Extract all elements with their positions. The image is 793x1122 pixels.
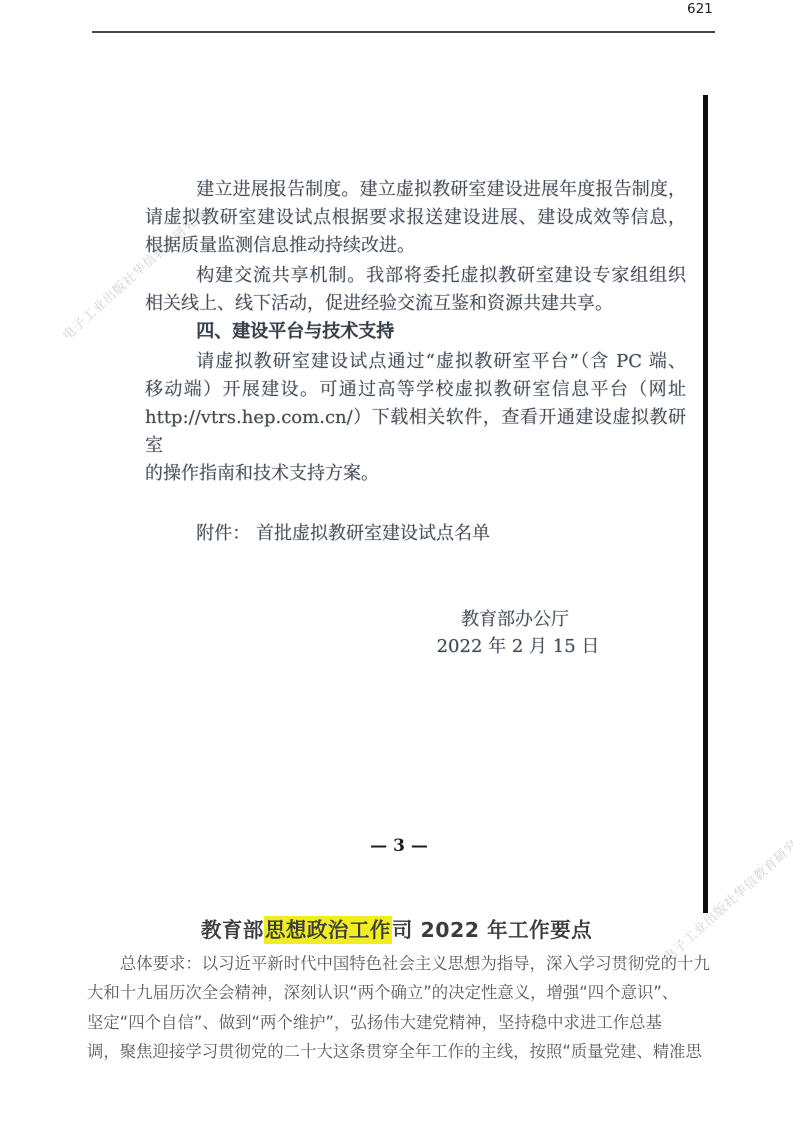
- article-body-line: 调，聚焦迎接学习贯彻党的二十大这条贯穿全年工作的主线，按照“质量党建、精准思: [87, 1037, 769, 1066]
- scan-right-edge-bar: [703, 95, 708, 913]
- scan-paragraph-line: 请虚拟教研室建设试点通过“虚拟教研室平台”（含 PC 端、: [145, 348, 686, 376]
- header-rule: [92, 31, 715, 33]
- signature-date: 2022 年 2 月 15 日: [437, 633, 600, 661]
- article-body-line: 大和十九届历次全会精神，深刻认识“两个确立”的决定性意义，增强“四个意识”、: [87, 978, 769, 1007]
- article-title-highlight: 思想政治工作: [264, 916, 392, 944]
- article-title-suffix: 司 2022 年工作要点: [392, 918, 592, 942]
- scanned-document-text: 建立进展报告制度。建立虚拟教研室建设进展年度报告制度， 请虚拟教研室建设试点根据…: [145, 176, 686, 548]
- article-body-line: 总体要求：以习近平新时代中国特色社会主义思想为指导，深入学习贯彻党的十九: [87, 949, 769, 978]
- scan-paragraph-line: 请虚拟教研室建设试点根据要求报送建设进展、建设成效等信息，: [145, 204, 686, 232]
- scan-paragraph-line: 构建交流共享机制。我部将委托虚拟教研室建设专家组组织: [145, 262, 686, 290]
- article-body-line: 坚定“四个自信”、做到“两个维护”，弘扬伟大建党精神，坚持稳中求进工作总基: [87, 1008, 769, 1037]
- scan-paragraph-line: 的操作指南和技术支持方案。: [145, 460, 686, 488]
- article-title: 教育部思想政治工作司 2022 年工作要点: [0, 915, 793, 945]
- signature-organization: 教育部办公厅: [461, 606, 569, 634]
- document-page: 621 电子工业出版社华信教育研究所 电子工业出版社华信教育研究所 建立进展报告…: [0, 0, 793, 1122]
- scan-attachment-note: 附件： 首批虚拟教研室建设试点名单: [145, 520, 686, 548]
- scan-paragraph-line: http://vtrs.hep.com.cn/）下载相关软件，查看开通建设虚拟教…: [145, 404, 686, 460]
- article-body: 总体要求：以习近平新时代中国特色社会主义思想为指导，深入学习贯彻党的十九 大和十…: [87, 949, 769, 1066]
- scan-paragraph-line: 相关线上、线下活动，促进经验交流互鉴和资源共建共享。: [145, 290, 686, 318]
- scan-paragraph-line: 建立进展报告制度。建立虚拟教研室建设进展年度报告制度，: [145, 176, 686, 204]
- scan-paragraph-line: 根据质量监测信息推动持续改进。: [145, 232, 686, 260]
- scan-section-heading: 四、建设平台与技术支持: [145, 318, 686, 346]
- scan-page-number: — 3 —: [370, 836, 428, 856]
- article-title-prefix: 教育部: [201, 918, 264, 942]
- scan-paragraph-line: 移动端）开展建设。可通过高等学校虚拟教研室信息平台（网址: [145, 376, 686, 404]
- book-page-number: 621: [687, 1, 713, 17]
